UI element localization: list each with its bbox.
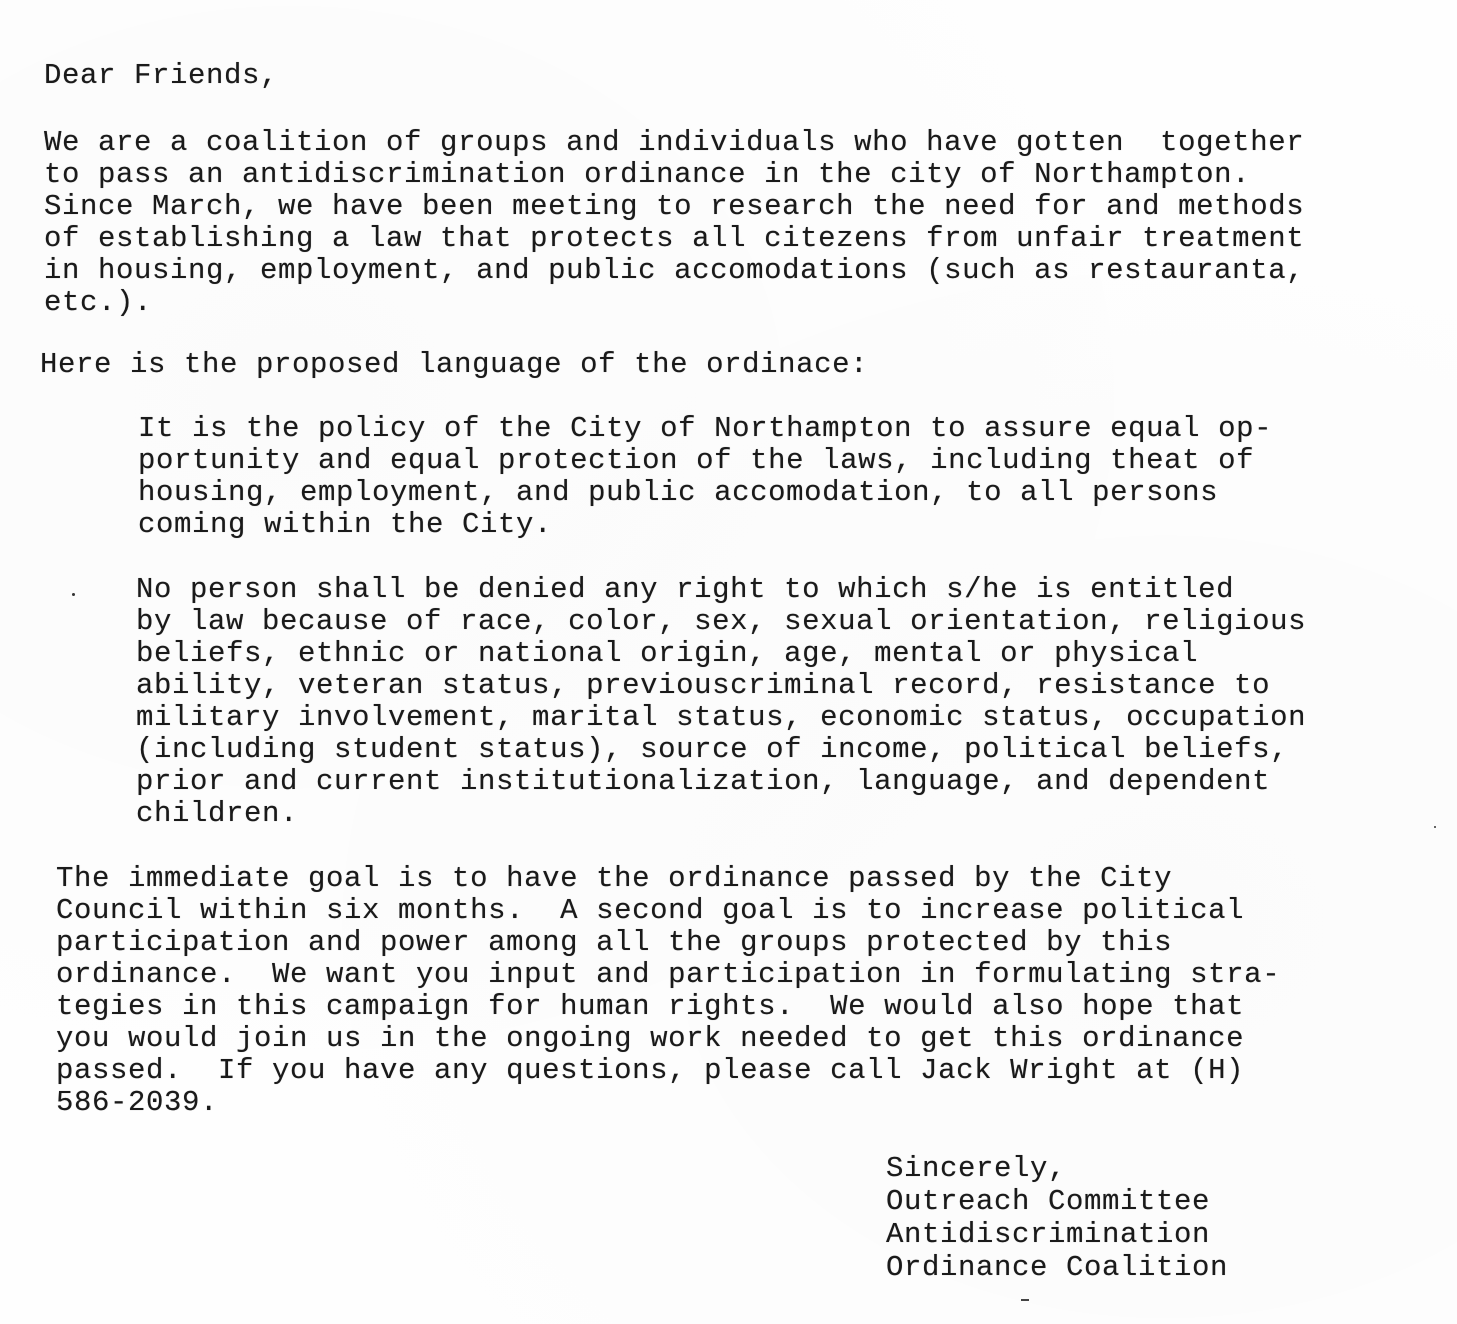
intro-line: to pass an antidiscrimination ordinance … [44,159,1250,191]
ordinance-line: children. [136,798,298,830]
closing-line: Antidiscrimination [886,1219,1210,1251]
ordinance-line: (including student status), source of in… [136,734,1288,766]
salutation: Dear Friends, [44,60,278,92]
lead-in: Here is the proposed language of the ord… [40,349,868,381]
ordinance-line: by law because of race, color, sex, sexu… [136,606,1306,638]
ordinance-line: No person shall be denied any right to w… [136,574,1234,606]
intro-line: in housing, employment, and public accom… [44,255,1304,287]
ordinance-line: ability, veteran status, previouscrimina… [136,670,1270,702]
paper-mark [1021,1299,1029,1301]
ordinance-line: coming within the City. [138,509,552,541]
margin-speck [1434,826,1436,828]
margin-speck [72,593,75,596]
ordinance-line: portunity and equal protection of the la… [138,445,1254,477]
goals-line: you would join us in the ongoing work ne… [56,1023,1244,1055]
goals-line: passed. If you have any questions, pleas… [56,1055,1244,1087]
goals-line: The immediate goal is to have the ordina… [56,863,1172,895]
closing-line: Sincerely, [886,1153,1066,1185]
intro-line: etc.). [44,287,152,319]
goals-line: Council within six months. A second goal… [56,895,1244,927]
intro-line: Since March, we have been meeting to res… [44,191,1304,223]
ordinance-line: beliefs, ethnic or national origin, age,… [136,638,1198,670]
ordinance-line: It is the policy of the City of Northamp… [138,413,1272,445]
intro-line: We are a coalition of groups and individ… [44,127,1304,159]
goals-line: participation and power among all the gr… [56,927,1172,959]
goals-line: ordinance. We want you input and partici… [56,959,1280,991]
ordinance-line: military involvement, marital status, ec… [136,702,1306,734]
closing-line: Outreach Committee [886,1186,1210,1218]
goals-line: tegies in this campaign for human rights… [56,991,1244,1023]
ordinance-line: housing, employment, and public accomoda… [138,477,1218,509]
goals-line: 586-2039. [56,1087,218,1119]
intro-line: of establishing a law that protects all … [44,223,1304,255]
closing-line: Ordinance Coalition [886,1252,1228,1284]
letter-page: Dear Friends, We are a coalition of grou… [0,0,1457,1324]
ordinance-line: prior and current institutionalization, … [136,766,1270,798]
